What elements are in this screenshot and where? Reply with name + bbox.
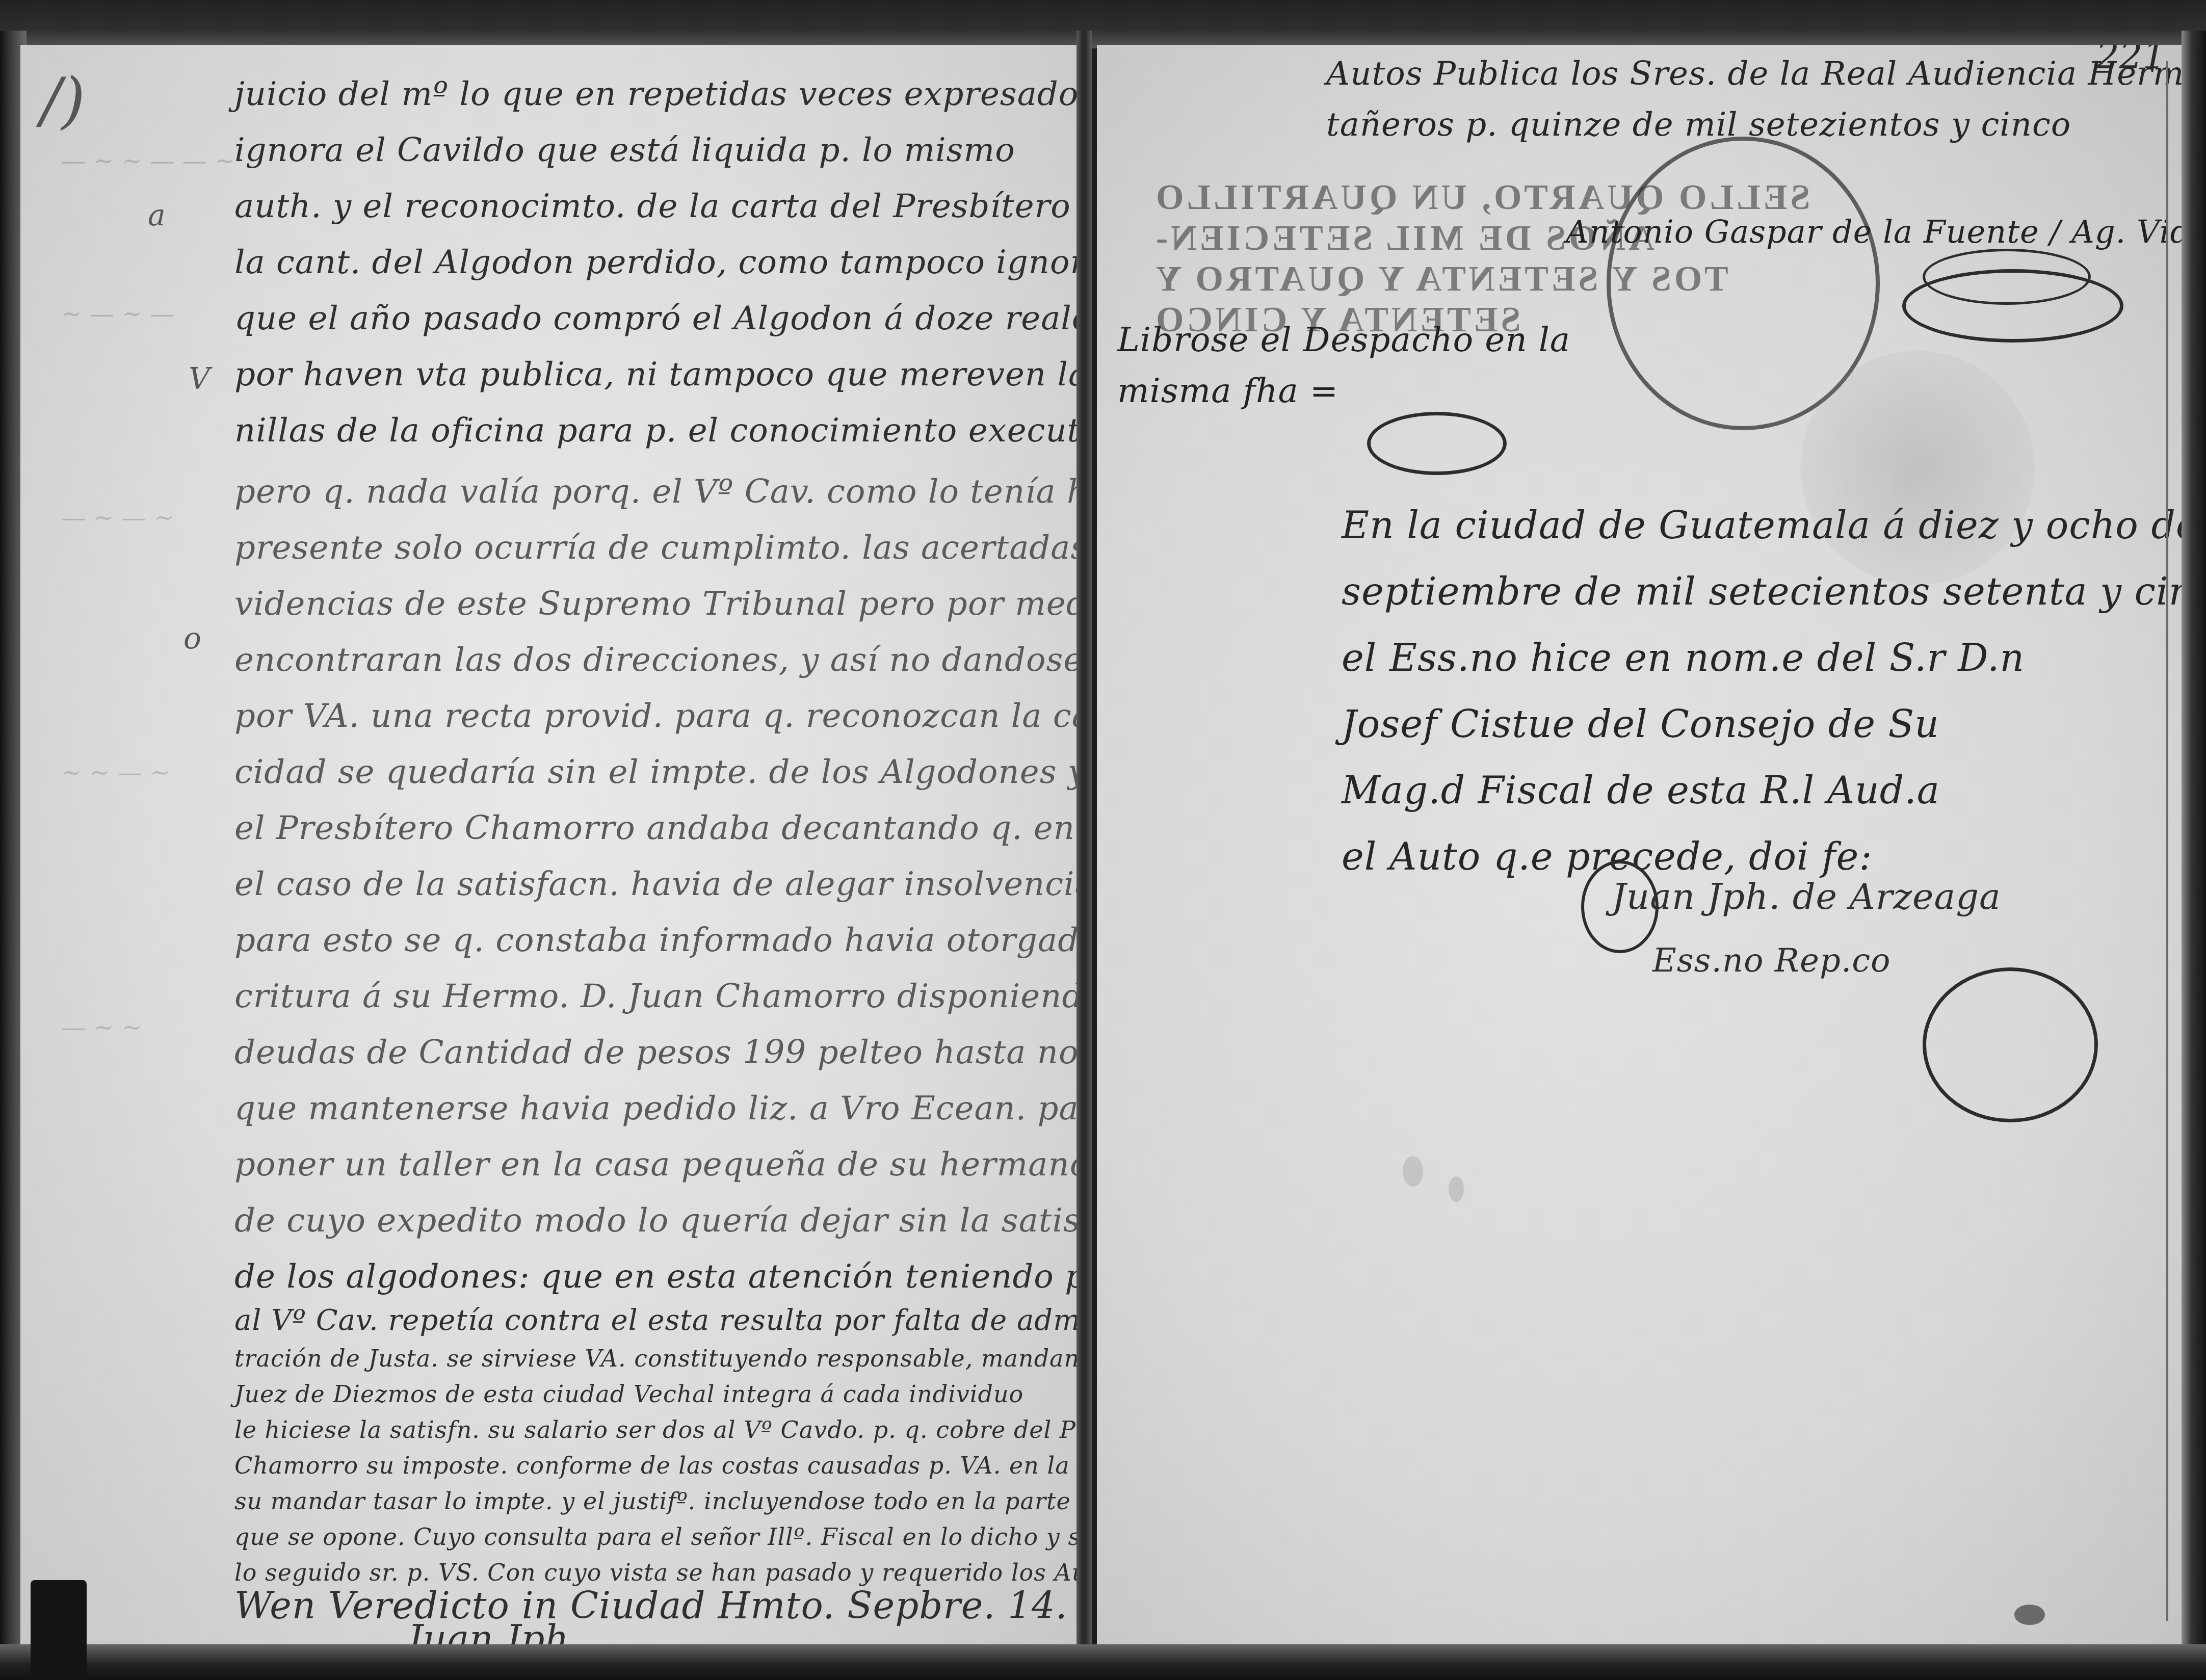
text-line: por VA. una recta provid. para q. recono…: [234, 697, 1081, 735]
margin-note: o: [183, 621, 201, 655]
margin-flourish: /): [41, 65, 85, 136]
header-line: tañeros p. quinze de mil setezientos y c…: [1326, 106, 2071, 144]
paper-stain: [1403, 1156, 1423, 1187]
ink-spot: [2014, 1605, 2045, 1625]
bleed-through-text: — ~ ~ — — ~: [61, 147, 235, 175]
text-line: auth. y el reconocimto. de la carta del …: [234, 188, 1081, 225]
text-line: critura á su Hermo. D. Juan Chamorro dis…: [234, 978, 1081, 1015]
notary-rubric-icon: [1923, 967, 2098, 1122]
text-line: juicio del mº lo que en repetidas veces …: [234, 75, 1081, 113]
text-line: Josef Cistue del Consejo de Su: [1342, 702, 1939, 746]
text-line: le hiciese la satisfn. su salario ser do…: [234, 1416, 1081, 1443]
rubric-flourish-icon: [1923, 249, 2091, 305]
text-line: presente solo ocurría de cumplimto. las …: [234, 529, 1081, 567]
text-line: de los algodones: que en esta atención t…: [234, 1258, 1081, 1296]
text-line: el Presbítero Chamorro andaba decantando…: [234, 809, 1081, 847]
text-line: Chamorro su imposte. conforme de las cos…: [234, 1452, 1070, 1479]
text-line: que mantenerse havia pedido liz. a Vro E…: [234, 1090, 1081, 1127]
text-line: ignora el Cavildo que está liquida p. lo…: [234, 132, 1015, 169]
bleed-through-text: ~ ~ — ~: [61, 758, 170, 787]
text-line: por haven vta publica, ni tampoco que me…: [234, 356, 1081, 393]
bleed-through-text: — ~ ~: [61, 1013, 142, 1042]
right-binding-edge: [2182, 31, 2206, 1680]
right-page: 221 Autos Publica los Sres. de la Real A…: [1097, 45, 2182, 1650]
scan-bottom-shadow: [0, 1644, 2206, 1680]
dispatch-note: misma fha =: [1117, 371, 1338, 410]
text-line: En la ciudad de Guatemala á diez y ocho …: [1342, 504, 2182, 547]
text-line: la cant. del Algodon perdido, como tampo…: [234, 244, 1081, 281]
left-corner-shadow: [31, 1580, 87, 1680]
text-line: deudas de Cantidad de pesos 199 pelteo h…: [234, 1034, 1081, 1071]
text-line: encontraran las dos direcciones, y así n…: [234, 641, 1081, 679]
text-line: Mag.d Fiscal de esta R.l Aud.a: [1342, 769, 1940, 812]
bleed-through-text: ~ — ~ —: [61, 300, 174, 328]
text-line: lo seguido sr. p. VS. Con cuyo vista se …: [234, 1559, 1081, 1586]
text-line: su mandar tasar lo impte. y el justifº. …: [234, 1487, 1071, 1515]
text-line: el caso de la satisfacn. havia de alegar…: [234, 865, 1081, 903]
scan-top-shadow: [0, 0, 2206, 48]
left-page: /) a V o — ~ ~ — — ~ ~ — ~ — — ~ — ~ ~ ~…: [20, 45, 1081, 1650]
seal-bleed-through: [1800, 351, 2035, 585]
dispatch-note: Librose el Despacho en la: [1117, 320, 1570, 359]
rubric-note: Antonio Gaspar de la Fuente / Ag. Vidal: [1566, 213, 2182, 250]
paper-stain: [1449, 1176, 1464, 1202]
date-line: Wen Veredicto in Ciudad Hmto. Sepbre. 14…: [234, 1584, 1081, 1627]
text-line: para esto se q. constaba informado havia…: [234, 922, 1081, 959]
header-line: Autos Publica los Sres. de la Real Audie…: [1326, 55, 2182, 93]
margin-note: V: [189, 361, 210, 396]
notary-title: Ess.no Rep.co: [1652, 942, 1891, 980]
bleed-through-text: — ~ — ~: [61, 504, 174, 532]
manuscript-spread: /) a V o — ~ ~ — — ~ ~ — ~ — — ~ — ~ ~ ~…: [0, 0, 2206, 1680]
text-line: septiembre de mil setecientos setenta y …: [1342, 570, 2182, 614]
text-line: tración de Justa. se sirviese VA. consti…: [234, 1345, 1081, 1372]
text-line: cidad se quedaría sin el impte. de los A…: [234, 753, 1081, 791]
initials-flourish-icon: [1367, 412, 1507, 475]
margin-note: a: [148, 198, 166, 232]
text-line: poner un taller en la casa pequeña de su…: [234, 1146, 1081, 1184]
text-line: al Vº Cav. repetía contra el esta result…: [234, 1304, 1081, 1337]
text-line: de cuyo expedito modo lo quería dejar si…: [234, 1202, 1081, 1240]
notary-signature: Juan Jph. de Arzeaga: [1612, 876, 2001, 917]
text-line: Juez de Diezmos de esta ciudad Vechal in…: [234, 1380, 1023, 1408]
text-line: el Ess.no hice en nom.e del S.r D.n: [1342, 636, 2025, 680]
text-line: pero q. nada valía porq. el Vº Cav. como…: [234, 473, 1081, 511]
book-spine: [1076, 31, 1092, 1680]
right-page-fold: [2166, 61, 2168, 1621]
text-line: que se opone. Cuyo consulta para el seño…: [234, 1523, 1081, 1551]
text-line: nillas de la oficina para p. el conocimi…: [234, 412, 1081, 450]
text-line: que el año pasado compró el Algodon á do…: [234, 300, 1081, 337]
text-line: videncias de este Supremo Tribunal pero …: [234, 585, 1081, 623]
